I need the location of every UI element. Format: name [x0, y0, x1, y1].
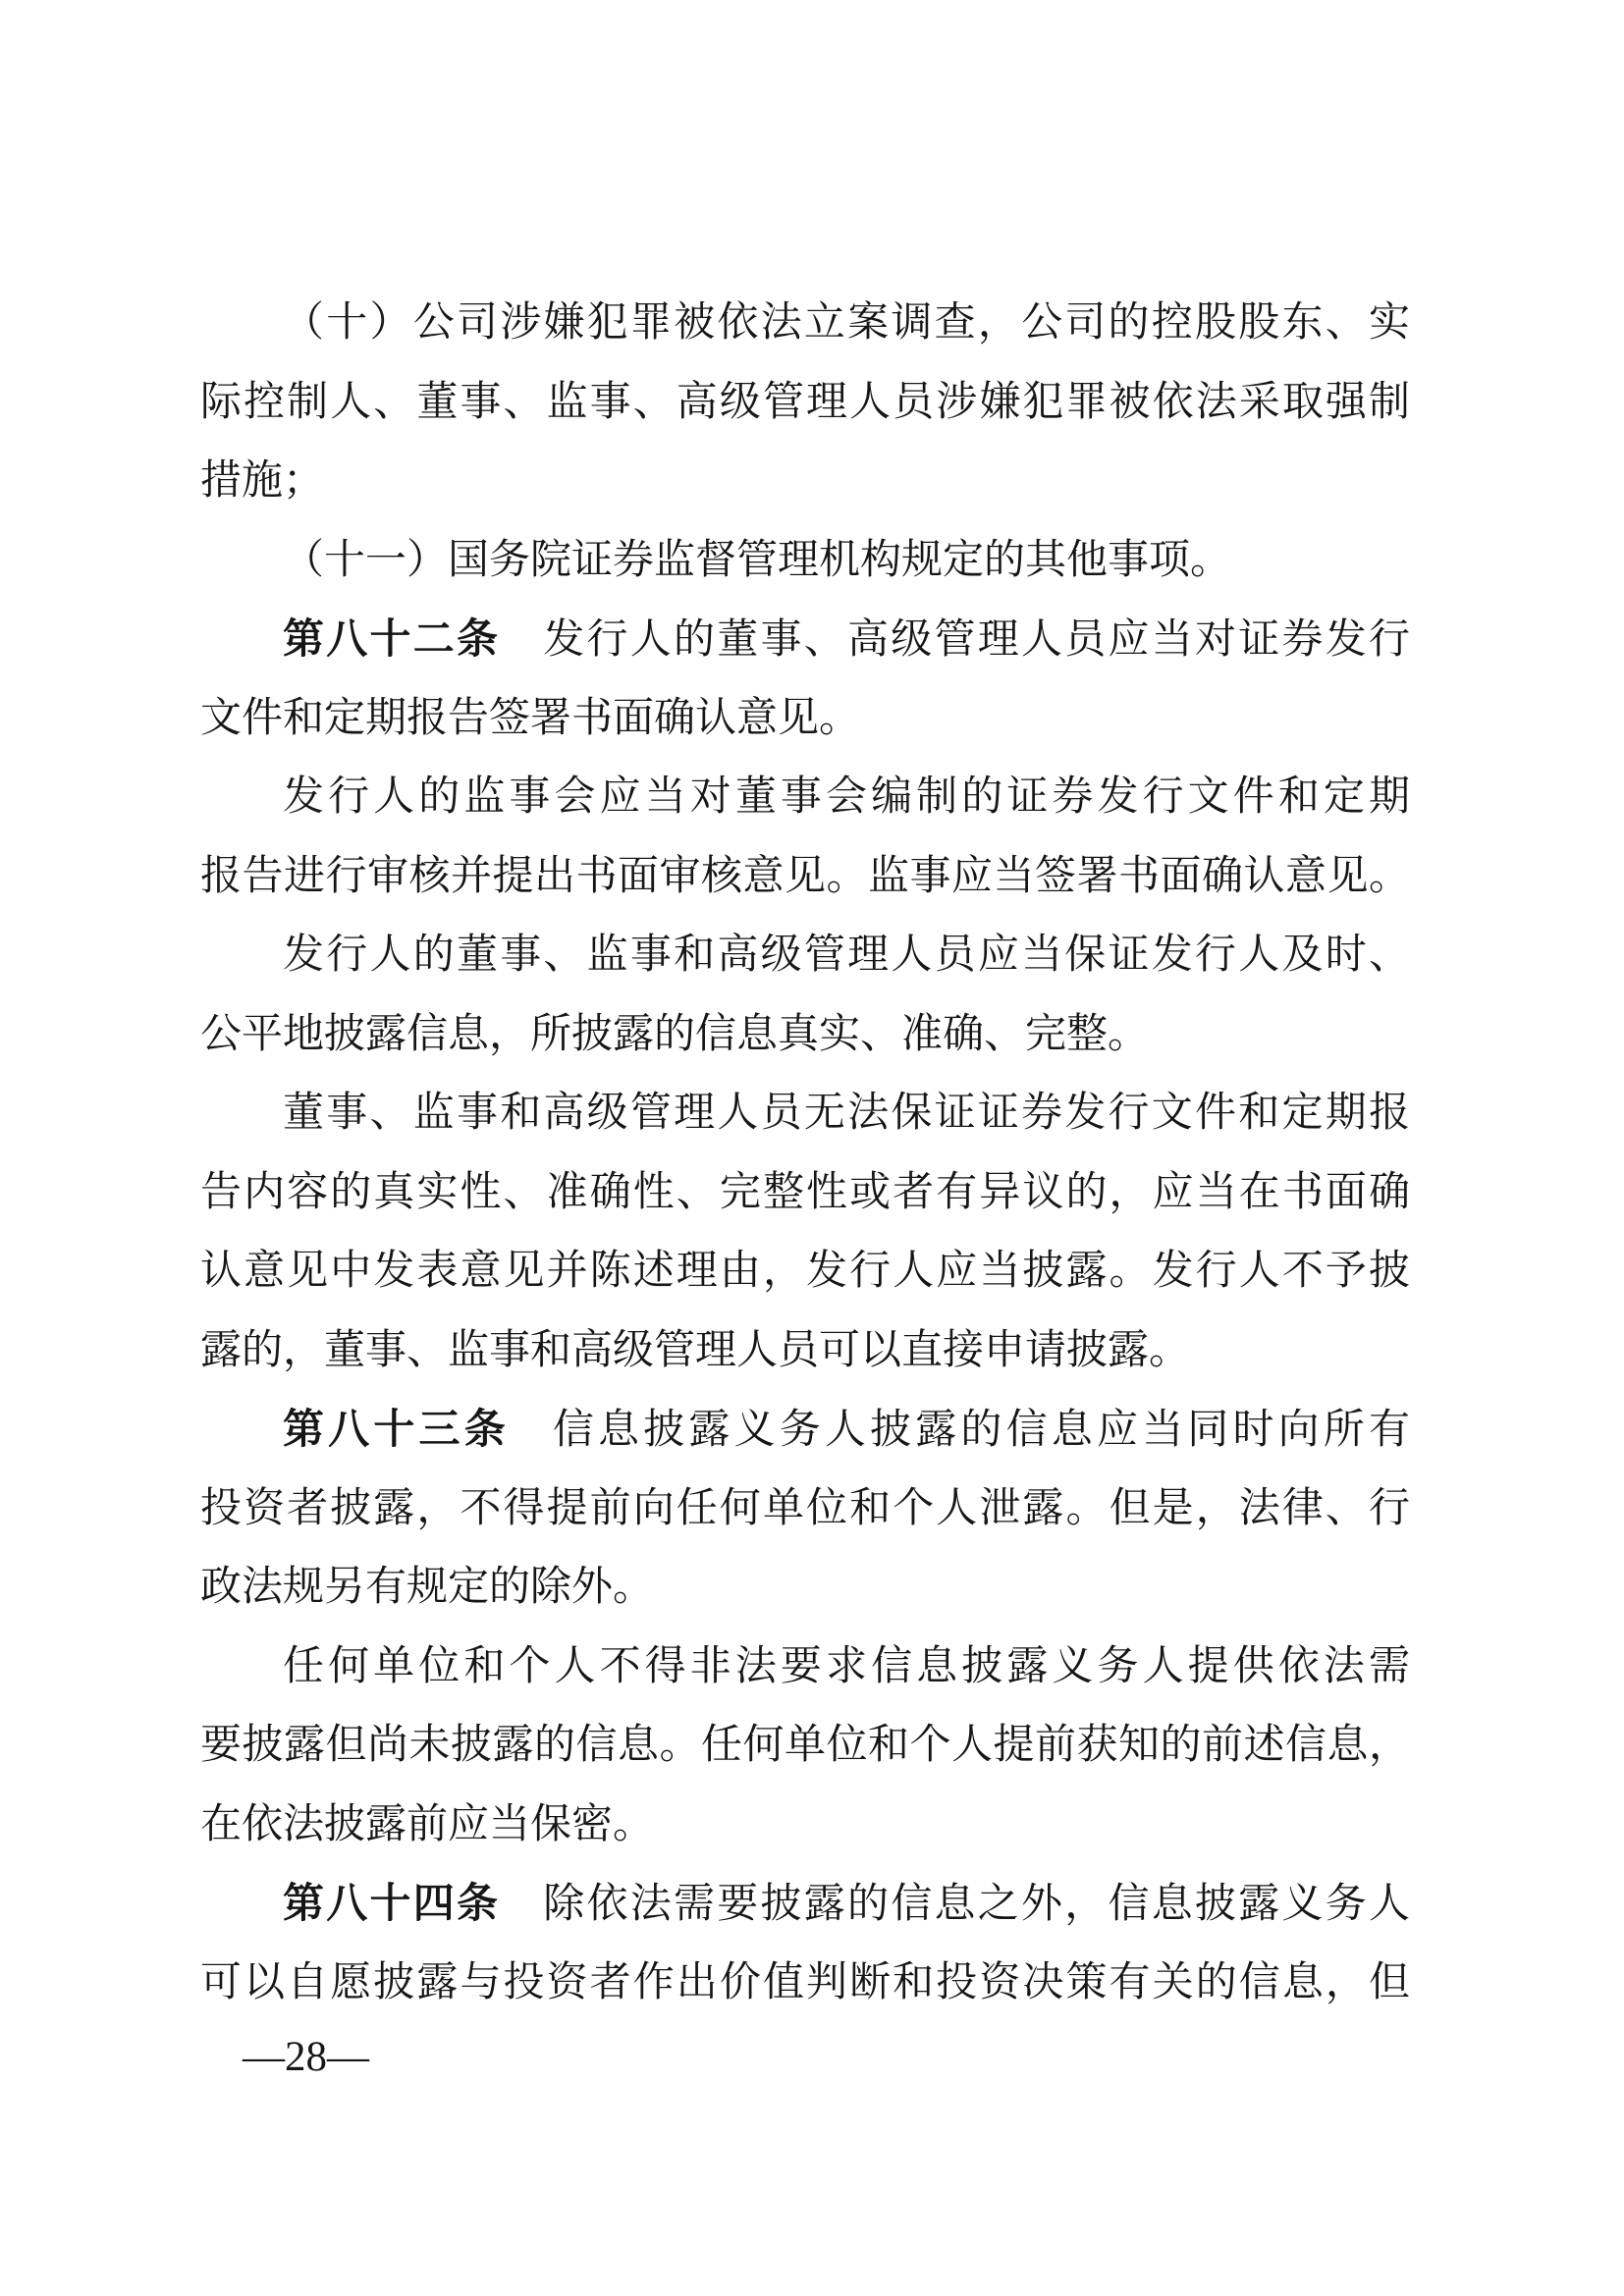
text-line-article-83: 第八十三条信息披露义务人披露的信息应当同时向所有: [200, 1390, 1410, 1469]
line-text: 投资者披露，不得提前向任何单位和个人泄露。但是，法律、行: [200, 1486, 1410, 1531]
line-text: 任何单位和个人不得非法要求信息披露义务人提供依法需: [283, 1644, 1410, 1689]
text-line: （十）公司涉嫌犯罪被依法立案调查，公司的控股股东、实: [200, 284, 1410, 363]
text-line: 董事、监事和高级管理人员无法保证证券发行文件和定期报: [200, 1074, 1410, 1153]
text-line-article-84: 第八十四条除依法需要披露的信息之外，信息披露义务人: [200, 1864, 1410, 1944]
text-line: 发行人的董事、监事和高级管理人员应当保证发行人及时、: [200, 916, 1410, 995]
line-text: 措施；: [200, 458, 324, 504]
article-83-number: 第八十三条: [283, 1406, 510, 1452]
line-text: 文件和定期报告签署书面确认意见。: [200, 696, 860, 741]
text-line: 露的，董事、监事和高级管理人员可以直接申请披露。: [200, 1311, 1410, 1391]
text-line: 措施；: [200, 442, 1410, 521]
line-text: 露的，董事、监事和高级管理人员可以直接申请披露。: [200, 1328, 1190, 1373]
article-82-number: 第八十二条: [283, 615, 500, 662]
line-text: 认意见中发表意见并陈述理由，发行人应当披露。发行人不予披: [200, 1249, 1410, 1294]
text-line: 发行人的监事会应当对董事会编制的证券发行文件和定期: [200, 758, 1410, 837]
text-line: 认意见中发表意见并陈述理由，发行人应当披露。发行人不予披: [200, 1232, 1410, 1311]
line-text: 告内容的真实性、准确性、完整性或者有异议的，应当在书面确: [200, 1170, 1410, 1215]
text-line: 可以自愿披露与投资者作出价值判断和投资决策有关的信息，但: [200, 1944, 1410, 2023]
text-line: 文件和定期报告签署书面确认意见。: [200, 679, 1410, 759]
line-text: 报告进行审核并提出书面审核意见。监事应当签署书面确认意见。: [200, 854, 1410, 899]
text-line: 政法规另有规定的除外。: [200, 1548, 1410, 1628]
text-line: 报告进行审核并提出书面审核意见。监事应当签署书面确认意见。: [200, 837, 1410, 917]
document-page: （十）公司涉嫌犯罪被依法立案调查，公司的控股股东、实 际控制人、董事、监事、高级…: [0, 0, 1624, 2296]
line-text: 信息披露义务人披露的信息应当同时向所有: [553, 1408, 1410, 1453]
line-text: 可以自愿披露与投资者作出价值判断和投资决策有关的信息，但: [200, 1960, 1410, 2005]
line-text: （十）公司涉嫌犯罪被依法立案调查，公司的控股股东、实: [283, 300, 1410, 346]
text-line-article-82: 第八十二条发行人的董事、高级管理人员应当对证券发行: [200, 600, 1410, 679]
text-line: （十一）国务院证券监督管理机构规定的其他事项。: [200, 521, 1410, 601]
line-text: 际控制人、董事、监事、高级管理人员涉嫌犯罪被依法采取强制: [200, 380, 1410, 425]
page-number: —28—: [243, 2034, 369, 2081]
line-text: 发行人的董事、高级管理人员应当对证券发行: [543, 617, 1410, 663]
line-text: 董事、监事和高级管理人员无法保证证券发行文件和定期报: [283, 1091, 1410, 1136]
text-line: 要披露但尚未披露的信息。任何单位和个人提前获知的前述信息，: [200, 1706, 1410, 1786]
text-line: 在依法披露前应当保密。: [200, 1786, 1410, 1865]
line-text: 发行人的董事、监事和高级管理人员应当保证发行人及时、: [283, 933, 1410, 978]
line-text: 在依法披露前应当保密。: [200, 1802, 654, 1847]
line-text: 发行人的监事会应当对董事会编制的证券发行文件和定期: [283, 774, 1410, 820]
body-text-block: （十）公司涉嫌犯罪被依法立案调查，公司的控股股东、实 际控制人、董事、监事、高级…: [200, 284, 1410, 2022]
article-84-number: 第八十四条: [283, 1880, 500, 1926]
text-line: 任何单位和个人不得非法要求信息披露义务人提供依法需: [200, 1628, 1410, 1707]
text-line: 际控制人、董事、监事、高级管理人员涉嫌犯罪被依法采取强制: [200, 363, 1410, 443]
text-line: 告内容的真实性、准确性、完整性或者有异议的，应当在书面确: [200, 1153, 1410, 1233]
text-line: 公平地披露信息，所披露的信息真实、准确、完整。: [200, 995, 1410, 1075]
line-text: 公平地披露信息，所披露的信息真实、准确、完整。: [200, 1012, 1149, 1057]
line-text: 除依法需要披露的信息之外，信息披露义务人: [543, 1882, 1410, 1927]
line-text: （十一）国务院证券监督管理机构规定的其他事项。: [283, 538, 1231, 583]
line-text: 要披露但尚未披露的信息。任何单位和个人提前获知的前述信息，: [200, 1723, 1410, 1768]
text-line: 投资者披露，不得提前向任何单位和个人泄露。但是，法律、行: [200, 1469, 1410, 1549]
line-text: 政法规另有规定的除外。: [200, 1565, 654, 1610]
